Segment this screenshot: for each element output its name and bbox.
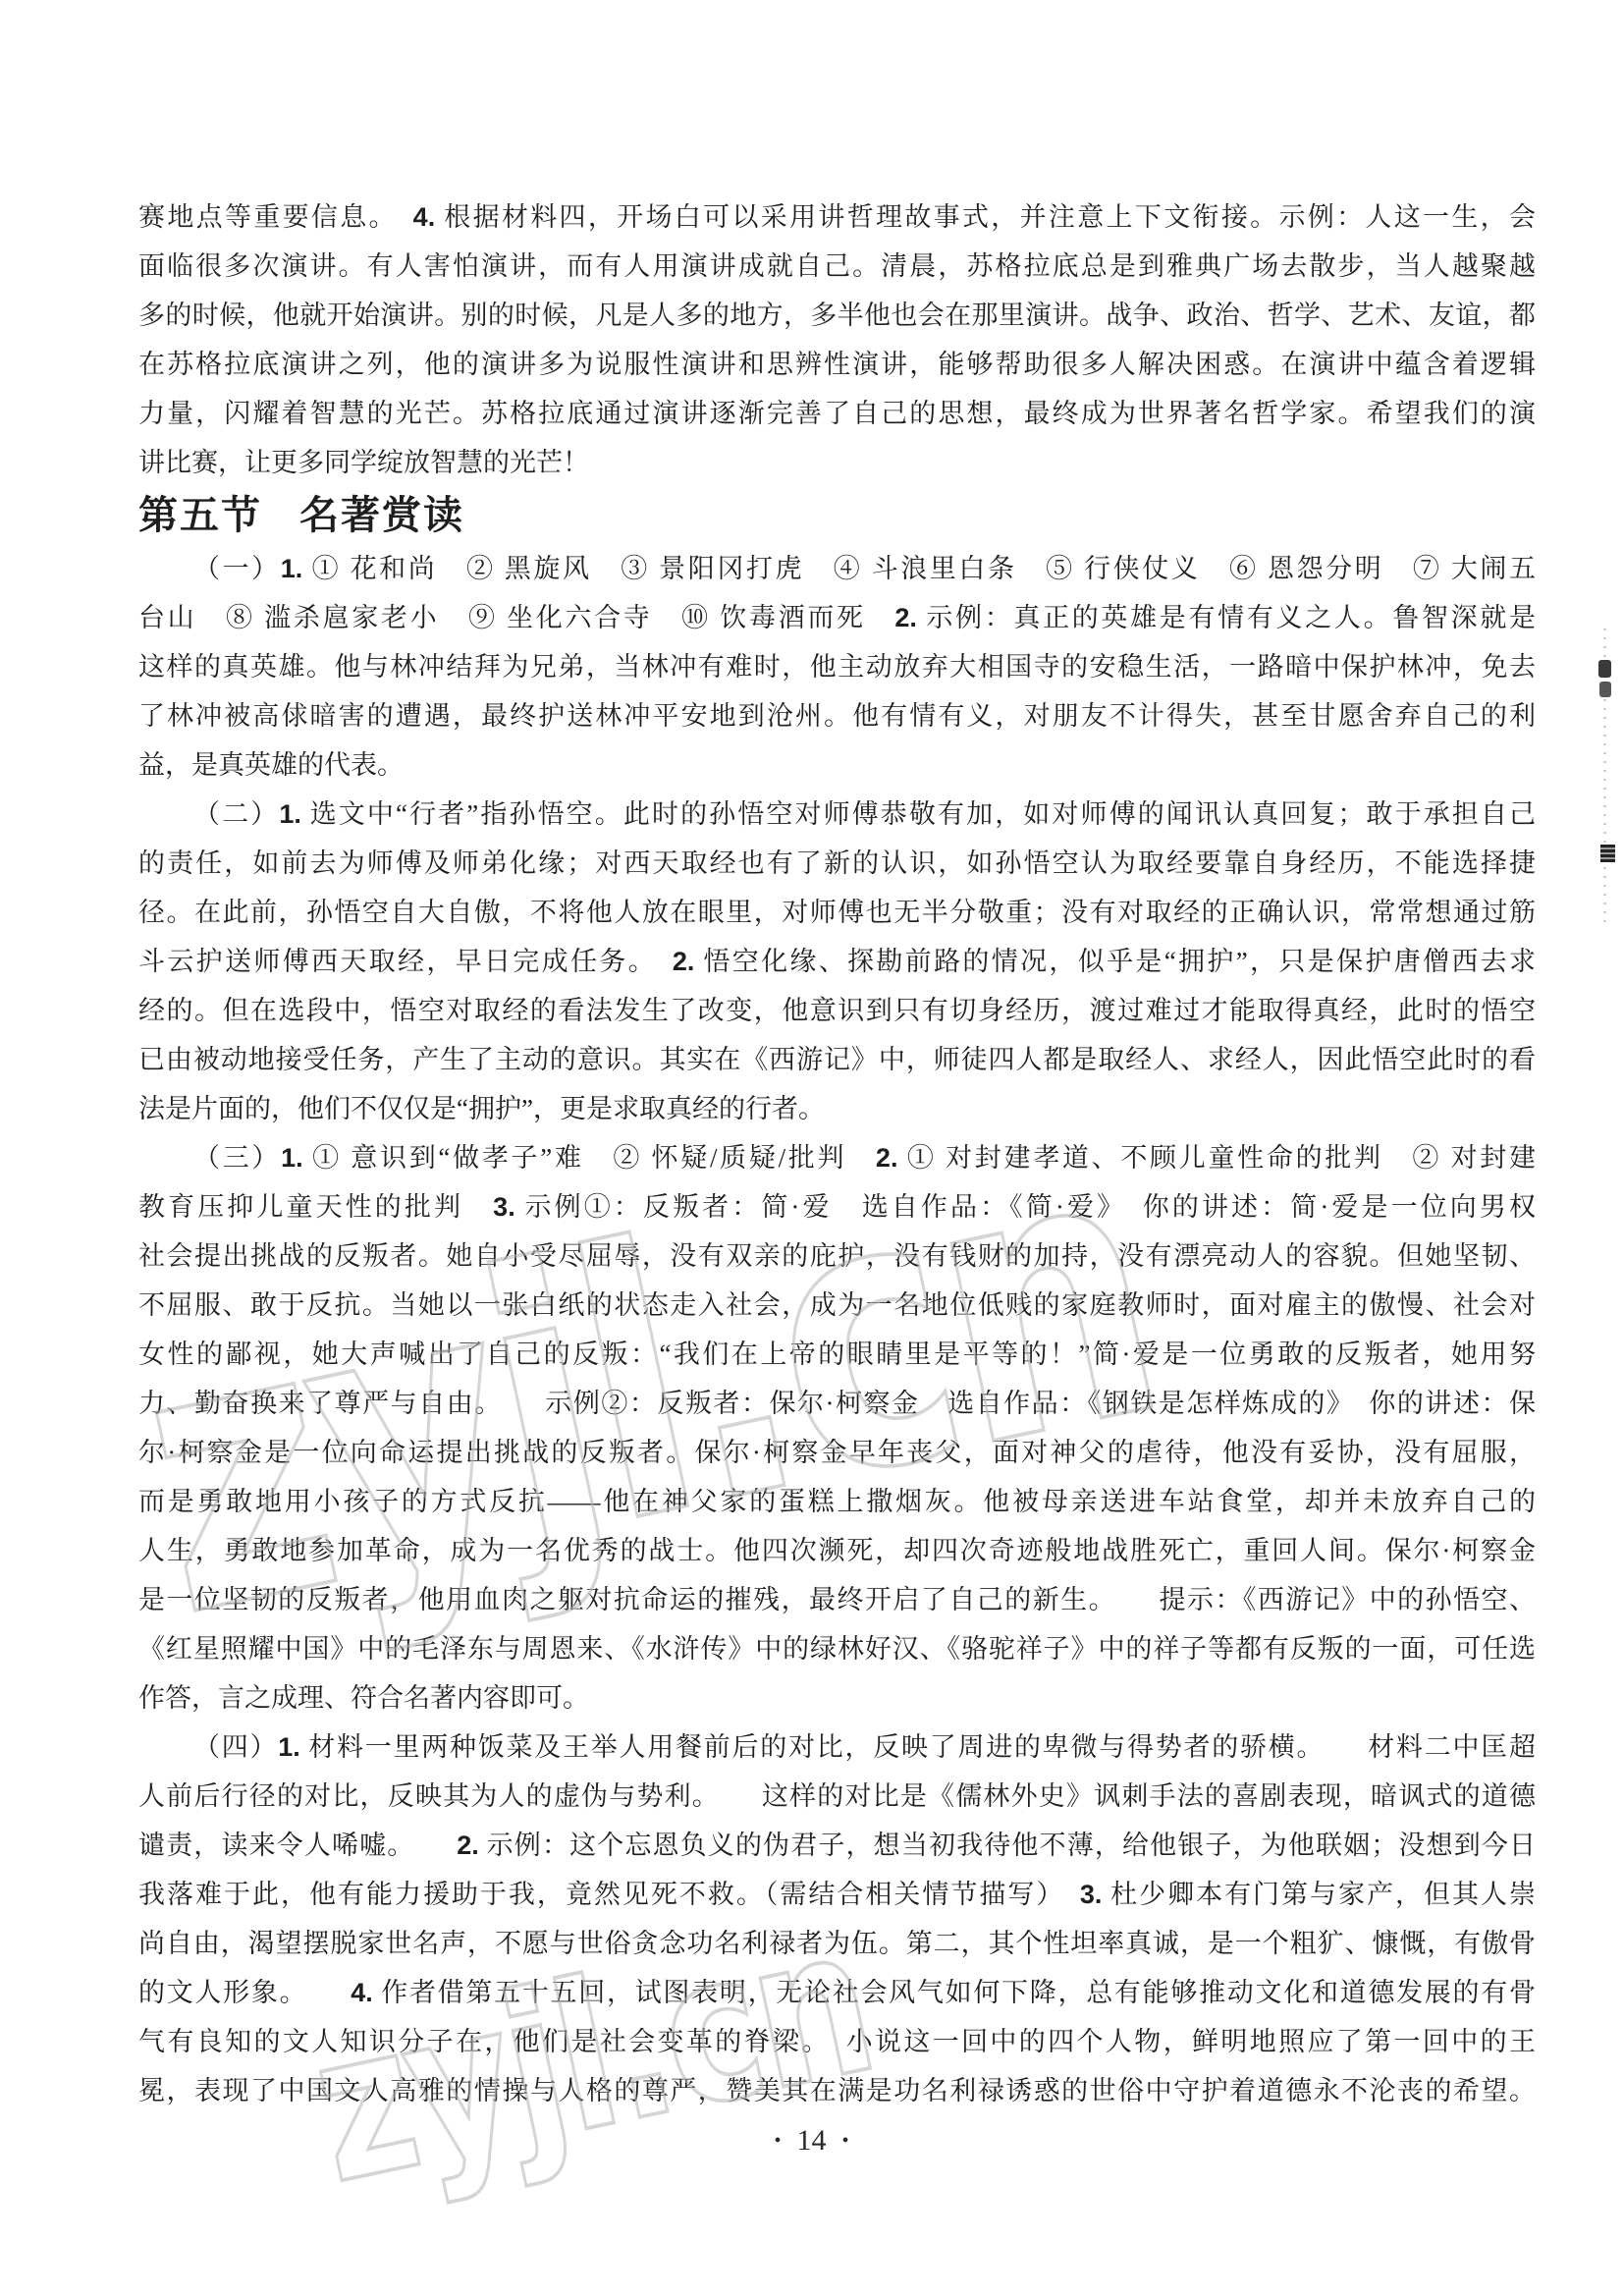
answer-text: 杜少卿本有门第与家产，但其人崇 xyxy=(1102,1880,1536,1909)
answer-text: 的责任，如前去为师傅及师弟化缘；对西天取经也有了新的认识，如孙悟空认为取经要靠自… xyxy=(138,848,1536,878)
answer-text: 教育压抑儿童天性的批判 xyxy=(138,1192,493,1222)
text-line: （一）1. ① 花和尚 ② 黑旋风 ③ 景阳冈打虎 ④ 斗浪里白条 ⑤ 行侠仗义… xyxy=(138,544,1536,593)
answer-text: 示例①：反叛者：简·爱 选自作品：《简·爱》 你的讲述：简·爱是一位向男权 xyxy=(515,1192,1536,1222)
page-body-text: 赛地点等重要信息。 4. 根据材料四，开场白可以采用讲哲理故事式，并注意上下文衔… xyxy=(138,192,1536,2115)
answer-number-bold: 4. xyxy=(351,1978,373,2007)
text-line: 作答，言之成理、符合名著内容即可。 xyxy=(138,1673,1536,1722)
text-line: （三）1. ① 意识到“做孝子”难 ② 怀疑/质疑/批判 2. ① 对封建孝道、… xyxy=(138,1133,1536,1182)
answer-text: 益，是真英雄的代表。 xyxy=(138,750,404,780)
answer-lines-top: 赛地点等重要信息。 4. 根据材料四，开场白可以采用讲哲理故事式，并注意上下文衔… xyxy=(138,192,1536,487)
answer-number-bold: 1. xyxy=(281,554,303,583)
text-line: 这样的真英雄。他与林冲结拜为兄弟，当林冲有难时，他主动放弃大相国寺的安稳生活，一… xyxy=(138,642,1536,691)
text-line: 《红星照耀中国》中的毛泽东与周恩来、《水浒传》中的绿林好汉、《骆驼祥子》中的祥子… xyxy=(138,1624,1536,1673)
answer-text: 根据材料四，开场白可以采用讲哲理故事式，并注意上下文衔接。示例：人这一生，会 xyxy=(435,202,1536,232)
text-line: 教育压抑儿童天性的批判 3. 示例①：反叛者：简·爱 选自作品：《简·爱》 你的… xyxy=(138,1182,1536,1231)
answer-number-bold: 2. xyxy=(876,1143,898,1173)
scan-artifact-mark xyxy=(1599,682,1611,697)
answer-number-bold: 4. xyxy=(413,202,436,232)
answer-text: 这样的真英雄。他与林冲结拜为兄弟，当林冲有难时，他主动放弃大相国寺的安稳生活，一… xyxy=(138,652,1536,682)
answer-text: 是一位坚韧的反叛者，他用血肉之躯对抗命运的摧残，最终开启了自己的新生。 提示：《… xyxy=(138,1585,1536,1614)
answer-text: 人生，勇敢地参加革命，成为一名优秀的战士。他四次濒死，却四次奇迹般地战胜死亡，重… xyxy=(138,1536,1536,1565)
text-line: 力量，闪耀着智慧的光芒。苏格拉底通过演讲逐渐完善了自己的思想，最终成为世界著名哲… xyxy=(138,389,1536,438)
text-line: 力、勤奋换来了尊严与自由。 示例②：反叛者：保尔·柯察金 选自作品：《钢铁是怎样… xyxy=(138,1379,1536,1428)
answer-text: （一） xyxy=(193,554,281,583)
answer-text: 力量，闪耀着智慧的光芒。苏格拉底通过演讲逐渐完善了自己的思想，最终成为世界著名哲… xyxy=(138,399,1536,428)
answer-text: 人前后行径的对比，反映其为人的虚伪与势利。 这样的对比是《儒林外史》讽刺手法的喜… xyxy=(138,1781,1536,1811)
text-line: 不屈服、敢于反抗。当她以一张白纸的状态走入社会，成为一名地位低贱的家庭教师时，面… xyxy=(138,1281,1536,1330)
footer-left-dot-icon: • xyxy=(774,2121,781,2160)
answer-text: 作者借第五十五回，试图表明，无论社会风气如何下降，总有能够推动文化和道德发展的有… xyxy=(373,1978,1536,2007)
text-line: 已由被动地接受任务，产生了主动的意识。其实在《西游记》中，师徒四人都是取经人、求… xyxy=(138,1035,1536,1084)
answer-text: 材料一里两种饭菜及王举人用餐前后的对比，反映了周进的卑微与得势者的骄横。 材料二… xyxy=(300,1732,1536,1762)
footer-right-dot-icon: • xyxy=(842,2121,849,2160)
answer-text: （二） xyxy=(193,799,279,829)
text-line: 尔·柯察金是一位向命运提出挑战的反叛者。保尔·柯察金早年丧父，面对神父的虐待，他… xyxy=(138,1428,1536,1477)
answer-lines-bottom: （一）1. ① 花和尚 ② 黑旋风 ③ 景阳冈打虎 ④ 斗浪里白条 ⑤ 行侠仗义… xyxy=(138,544,1536,2115)
answer-number-bold: 2. xyxy=(457,1831,479,1860)
text-line: 的文人形象。 4. 作者借第五十五回，试图表明，无论社会风气如何下降，总有能够推… xyxy=(138,1968,1536,2017)
text-line: 益，是真英雄的代表。 xyxy=(138,740,1536,790)
answer-text: 讲比赛，让更多同学绽放智慧的光芒！ xyxy=(138,448,589,477)
answer-text: ① 意识到“做孝子”难 ② 怀疑/质疑/批判 xyxy=(303,1143,876,1173)
answer-text: 不屈服、敢于反抗。当她以一张白纸的状态走入社会，成为一名地位低贱的家庭教师时，面… xyxy=(138,1290,1536,1320)
answer-text: 在苏格拉底演讲之列，他的演讲多为说服性演讲和思辨性演讲，能够帮助很多人解决困惑。… xyxy=(138,350,1536,379)
answer-text: 社会提出挑战的反叛者。她自小受尽屈辱，没有双亲的庇护，没有钱财的加持，没有漂亮动… xyxy=(138,1241,1536,1271)
text-line: 女性的鄙视，她大声喊出了自己的反叛：“我们在上帝的眼睛里是平等的！”简·爱是一位… xyxy=(138,1330,1536,1379)
answer-text: （四） xyxy=(193,1732,278,1762)
answer-text: ① 对封建孝道、不顾儿童性命的批判 ② 对封建 xyxy=(897,1143,1536,1173)
answer-text: 的文人形象。 xyxy=(138,1978,351,2007)
answer-text: 气有良知的文人知识分子在，他们是社会变革的脊梁。 小说这一回中的四个人物，鲜明地… xyxy=(138,2027,1536,2056)
answer-text: （三） xyxy=(193,1143,281,1173)
answer-text: 尚自由，渴望摆脱家世名声，不愿与世俗贪念功名利禄者为伍。第二，其个性坦率真诚，是… xyxy=(138,1929,1536,1958)
page-number-footer: • 14 • xyxy=(0,2121,1623,2160)
answer-text: 谴责，读来令人唏嘘。 xyxy=(138,1831,457,1860)
text-line: 面临很多次演讲。有人害怕演讲，而有人用演讲成就自己。清晨，苏格拉底总是到雅典广场… xyxy=(138,242,1536,291)
section-title: 名著赏读 xyxy=(299,494,464,537)
text-line: 社会提出挑战的反叛者。她自小受尽屈辱，没有双亲的庇护，没有钱财的加持，没有漂亮动… xyxy=(138,1231,1536,1281)
answer-text: 径。在此前，孙悟空自大自傲，不将他人放在眼里，对师傅也无半分敬重；没有对取经的正… xyxy=(138,898,1536,927)
answer-text: 悟空化缘、探勘前路的情况，似乎是“拥护”，只是保护唐僧西去求 xyxy=(694,947,1536,976)
answer-text: 力、勤奋换来了尊严与自由。 示例②：反叛者：保尔·柯察金 选自作品：《钢铁是怎样… xyxy=(138,1389,1536,1418)
text-line: 在苏格拉底演讲之列，他的演讲多为说服性演讲和思辨性演讲，能够帮助很多人解决困惑。… xyxy=(138,340,1536,389)
scan-artifact-mark xyxy=(1598,660,1611,678)
answer-number-bold: 1. xyxy=(281,1143,303,1173)
answer-number-bold: 3. xyxy=(493,1192,515,1222)
answer-text: 法是片面的，他们不仅仅是“拥护”，更是求取真经的行者。 xyxy=(138,1094,825,1123)
section-heading: 第五节名著赏读 xyxy=(138,488,1536,543)
answer-text: 尔·柯察金是一位向命运提出挑战的反叛者。保尔·柯察金早年丧父，面对神父的虐待，他… xyxy=(138,1438,1536,1467)
text-line: 经的。但在选段中，悟空对取经的看法发生了改变，他意识到只有切身经历，渡过难过才能… xyxy=(138,986,1536,1035)
text-line: 多的时候，他就开始演讲。别的时候，凡是人多的地方，多半他也会在那里演讲。战争、政… xyxy=(138,291,1536,340)
text-line: 径。在此前，孙悟空自大自傲，不将他人放在眼里，对师傅也无半分敬重；没有对取经的正… xyxy=(138,888,1536,937)
answer-text: 《红星照耀中国》中的毛泽东与周恩来、《水浒传》中的绿林好汉、《骆驼祥子》中的祥子… xyxy=(138,1634,1536,1664)
page-number: 14 xyxy=(797,2121,827,2160)
text-line: 斗云护送师傅西天取经，早日完成任务。 2. 悟空化缘、探勘前路的情况，似乎是“拥… xyxy=(138,937,1536,986)
text-line: 的责任，如前去为师傅及师弟化缘；对西天取经也有了新的认识，如孙悟空认为取经要靠自… xyxy=(138,839,1536,888)
answer-text: 斗云护送师傅西天取经，早日完成任务。 xyxy=(138,947,673,976)
answer-text: 冕，表现了中国文人高雅的情操与人格的尊严，赞美其在满是功名利禄诱惑的世俗中守护着… xyxy=(138,2076,1536,2105)
text-line: （二）1. 选文中“行者”指孙悟空。此时的孙悟空对师傅恭敬有加，如对师傅的闻讯认… xyxy=(138,790,1536,839)
answer-number-bold: 3. xyxy=(1080,1880,1103,1909)
text-line: 冕，表现了中国文人高雅的情操与人格的尊严，赞美其在满是功名利禄诱惑的世俗中守护着… xyxy=(138,2066,1536,2115)
answer-text: 多的时候，他就开始演讲。别的时候，凡是人多的地方，多半他也会在那里演讲。战争、政… xyxy=(138,301,1536,330)
answer-text: 面临很多次演讲。有人害怕演讲，而有人用演讲成就自己。清晨，苏格拉底总是到雅典广场… xyxy=(138,251,1536,281)
text-line: 是一位坚韧的反叛者，他用血肉之躯对抗命运的摧残，最终开启了自己的新生。 提示：《… xyxy=(138,1575,1536,1624)
answer-text: 了林冲被高俅暗害的遭遇，最终护送林冲平安地到沧州。他有情有义，对朋友不计得失，甚… xyxy=(138,701,1536,731)
section-number: 第五节 xyxy=(138,494,262,537)
text-line: 而是勇敢地用小孩子的方式反抗——他在神父家的蛋糕上撒烟灰。他被母亲送进车站食堂，… xyxy=(138,1477,1536,1526)
answer-text: 台山 ⑧ 滥杀扈家老小 ⑨ 坐化六合寺 ⑩ 饮毒酒而死 xyxy=(138,603,894,632)
scan-artifact-mark xyxy=(1600,845,1615,862)
text-line: 赛地点等重要信息。 4. 根据材料四，开场白可以采用讲哲理故事式，并注意上下文衔… xyxy=(138,192,1536,242)
answer-number-bold: 1. xyxy=(279,799,301,829)
answer-text: 选文中“行者”指孙悟空。此时的孙悟空对师傅恭敬有加，如对师傅的闻讯认真回复；敢于… xyxy=(301,799,1536,829)
answer-number-bold: 1. xyxy=(278,1732,300,1762)
text-line: 人生，勇敢地参加革命，成为一名优秀的战士。他四次濒死，却四次奇迹般地战胜死亡，重… xyxy=(138,1526,1536,1575)
answer-text: ① 花和尚 ② 黑旋风 ③ 景阳冈打虎 ④ 斗浪里白条 ⑤ 行侠仗义 ⑥ 恩怨分… xyxy=(302,554,1536,583)
text-line: 了林冲被高俅暗害的遭遇，最终护送林冲平安地到沧州。他有情有义，对朋友不计得失，甚… xyxy=(138,691,1536,740)
answer-text: 赛地点等重要信息。 xyxy=(138,202,413,232)
text-line: 法是片面的，他们不仅仅是“拥护”，更是求取真经的行者。 xyxy=(138,1084,1536,1133)
text-line: 尚自由，渴望摆脱家世名声，不愿与世俗贪念功名利禄者为伍。第二，其个性坦率真诚，是… xyxy=(138,1919,1536,1968)
answer-text: 经的。但在选段中，悟空对取经的看法发生了改变，他意识到只有切身经历，渡过难过才能… xyxy=(138,996,1536,1025)
answer-number-bold: 2. xyxy=(894,603,917,632)
text-line: 台山 ⑧ 滥杀扈家老小 ⑨ 坐化六合寺 ⑩ 饮毒酒而死 2. 示例：真正的英雄是… xyxy=(138,593,1536,642)
text-line: （四）1. 材料一里两种饭菜及王举人用餐前后的对比，反映了周进的卑微与得势者的骄… xyxy=(138,1722,1536,1772)
answer-number-bold: 2. xyxy=(673,947,695,976)
text-line: 气有良知的文人知识分子在，他们是社会变革的脊梁。 小说这一回中的四个人物，鲜明地… xyxy=(138,2017,1536,2066)
answer-text: 而是勇敢地用小孩子的方式反抗——他在神父家的蛋糕上撒烟灰。他被母亲送进车站食堂，… xyxy=(138,1487,1536,1516)
answer-text: 作答，言之成理、符合名著内容即可。 xyxy=(138,1683,589,1713)
answer-text: 示例：真正的英雄是有情有义之人。鲁智深就是 xyxy=(917,603,1536,632)
answer-text: 示例：这个忘恩负义的伪君子，想当初我待他不薄，给他银子，为他联姻；没想到今日 xyxy=(479,1831,1536,1860)
scanned-answer-page: zyjl.cn zyjl.cn 赛地点等重要信息。 4. 根据材料四，开场白可以… xyxy=(0,0,1623,2296)
answer-text: 已由被动地接受任务，产生了主动的意识。其实在《西游记》中，师徒四人都是取经人、求… xyxy=(138,1045,1536,1074)
answer-text: 女性的鄙视，她大声喊出了自己的反叛：“我们在上帝的眼睛里是平等的！”简·爱是一位… xyxy=(138,1339,1536,1369)
answer-text: 我落难于此，他有能力援助于我，竟然见死不救。（需结合相关情节描写） xyxy=(138,1880,1080,1909)
text-line: 谴责，读来令人唏嘘。 2. 示例：这个忘恩负义的伪君子，想当初我待他不薄，给他银… xyxy=(138,1821,1536,1870)
text-line: 讲比赛，让更多同学绽放智慧的光芒！ xyxy=(138,438,1536,487)
text-line: 我落难于此，他有能力援助于我，竟然见死不救。（需结合相关情节描写） 3. 杜少卿… xyxy=(138,1870,1536,1919)
text-line: 人前后行径的对比，反映其为人的虚伪与势利。 这样的对比是《儒林外史》讽刺手法的喜… xyxy=(138,1772,1536,1821)
